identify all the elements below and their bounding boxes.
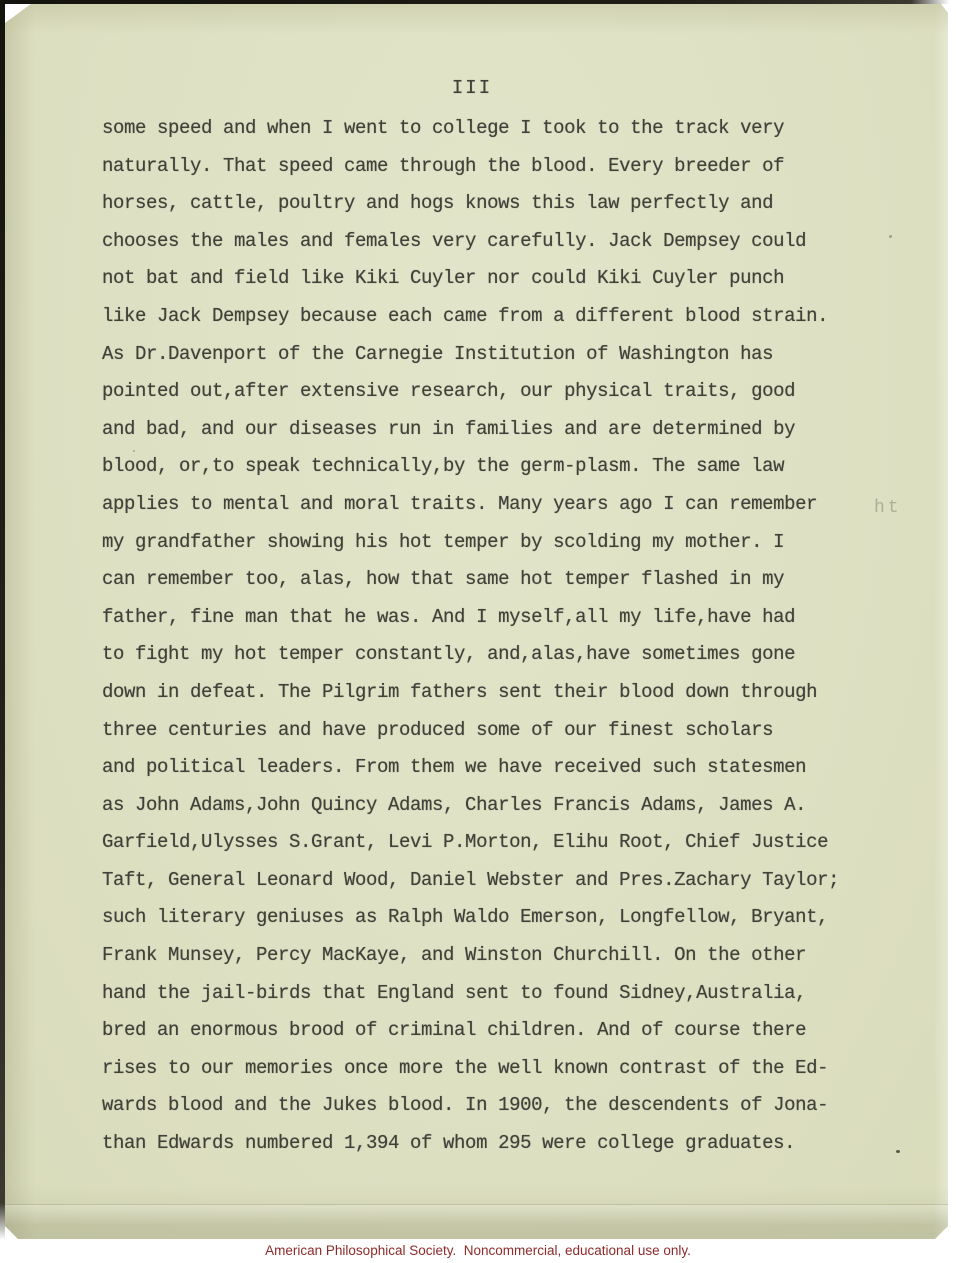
- page-number: III: [422, 77, 522, 99]
- text-line: rises to our memories once more the well…: [102, 1050, 922, 1088]
- text-line: to fight my hot temper constantly, and,a…: [102, 636, 922, 674]
- text-line: not bat and field like Kiki Cuyler nor c…: [102, 260, 922, 298]
- text-line: three centuries and have produced some o…: [102, 712, 922, 750]
- bleed-through-text: ht: [874, 498, 902, 518]
- typed-text: some speed and when I went to college I …: [102, 110, 922, 1163]
- archive-caption: American Philosophical Society. Noncomme…: [0, 1243, 956, 1258]
- paper-speck: [896, 1150, 900, 1153]
- text-line: bred an enormous brood of criminal child…: [102, 1012, 922, 1050]
- text-line: such literary geniuses as Ralph Waldo Em…: [102, 899, 922, 937]
- paper-speck: [133, 450, 135, 452]
- text-line: Taft, General Leonard Wood, Daniel Webst…: [102, 862, 922, 900]
- scan-edge-top: [0, 0, 949, 4]
- scan-edge-left: [0, 0, 5, 1240]
- scanned-document: III some speed and when I went to colleg…: [0, 0, 956, 1263]
- document-page: III some speed and when I went to colleg…: [5, 4, 948, 1239]
- text-line: applies to mental and moral traits. Many…: [102, 486, 922, 524]
- paper-crease: [5, 1204, 948, 1239]
- paper-speck: [889, 235, 892, 238]
- text-line: Frank Munsey, Percy MacKaye, and Winston…: [102, 937, 922, 975]
- text-line: As Dr.Davenport of the Carnegie Institut…: [102, 336, 922, 374]
- text-line: than Edwards numbered 1,394 of whom 295 …: [102, 1125, 922, 1163]
- text-line: wards blood and the Jukes blood. In 1900…: [102, 1087, 922, 1125]
- text-line: chooses the males and females very caref…: [102, 223, 922, 261]
- text-line: like Jack Dempsey because each came from…: [102, 298, 922, 336]
- text-line: my grandfather showing his hot temper by…: [102, 524, 922, 562]
- text-line: Garfield,Ulysses S.Grant, Levi P.Morton,…: [102, 824, 922, 862]
- text-line: pointed out,after extensive research, ou…: [102, 373, 922, 411]
- text-line: blood, or,to speak technically,by the ge…: [102, 448, 922, 486]
- text-line: father, fine man that he was. And I myse…: [102, 599, 922, 637]
- text-line: and bad, and our diseases run in familie…: [102, 411, 922, 449]
- text-line: can remember too, alas, how that same ho…: [102, 561, 922, 599]
- text-line: horses, cattle, poultry and hogs knows t…: [102, 185, 922, 223]
- text-line: and political leaders. From them we have…: [102, 749, 922, 787]
- text-line: hand the jail-birds that England sent to…: [102, 975, 922, 1013]
- text-line: some speed and when I went to college I …: [102, 110, 922, 148]
- text-line: as John Adams,John Quincy Adams, Charles…: [102, 787, 922, 825]
- text-line: down in defeat. The Pilgrim fathers sent…: [102, 674, 922, 712]
- text-line: naturally. That speed came through the b…: [102, 148, 922, 186]
